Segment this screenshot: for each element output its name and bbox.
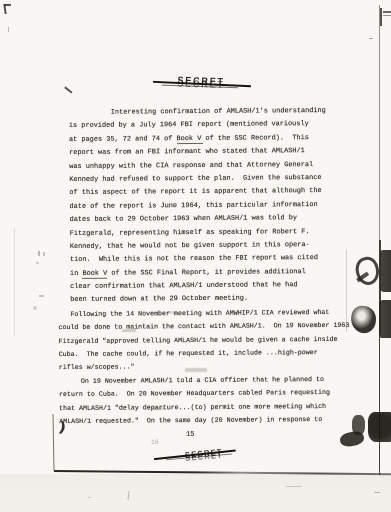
stray-tick-mark [64,86,72,93]
margin-mark [39,295,44,297]
scan-edge-smudge [379,300,391,338]
paragraph-3: On 19 November AMLASH/1 told a CIA offic… [59,372,391,428]
book-v-underline [82,278,107,279]
pencil-smudge [168,311,176,314]
pencil-smudge [185,368,207,372]
paragraph-1: Interesting confirmation of AMLASH/1's u… [69,104,391,307]
page-number-ghost: 16 [151,439,159,446]
scan-artifact [286,486,302,487]
scan-artifact [14,228,15,336]
margin-mark [36,262,39,264]
text-line: AMLASH/1 requested." On the same day (20… [59,412,391,428]
scan-artifact [374,492,380,493]
typewritten-text: Interesting confirmation of AMLASH/1's u… [0,104,391,428]
scan-artifact [8,27,9,32]
book-v-underline [177,143,203,144]
scan-edge-smudge [368,412,391,442]
page-number: 15 [186,431,194,439]
scan-artifact [88,497,91,498]
secret-stamp-bottom: SECRET SECRET [175,447,232,466]
document-scan: SECRET SECRET Interesting confirmation o… [0,0,391,512]
margin-mark [43,252,45,256]
scan-artifact [369,38,373,39]
margin-mark [33,306,37,310]
scan-edge-smudge [380,250,391,292]
scan-edge-line [380,8,382,26]
scan-artifact [383,15,391,16]
secret-stamp-top: SECRET SECRET [166,75,237,95]
scan-edge-line [379,335,381,475]
text-line: could be done to maintain the contact wi… [58,319,391,335]
scan-artifact [383,11,391,13]
corner-mark [4,4,11,6]
pencil-smudge [152,407,164,410]
binding-smudge [339,430,365,448]
scan-artifact [346,250,347,332]
scan-background-strip [0,474,391,512]
margin-mark [38,251,40,256]
paragraph-2: Following the 14 November meeting with A… [58,305,391,375]
pencil-smudge [122,329,136,332]
handwritten-mark: ) [57,419,67,436]
